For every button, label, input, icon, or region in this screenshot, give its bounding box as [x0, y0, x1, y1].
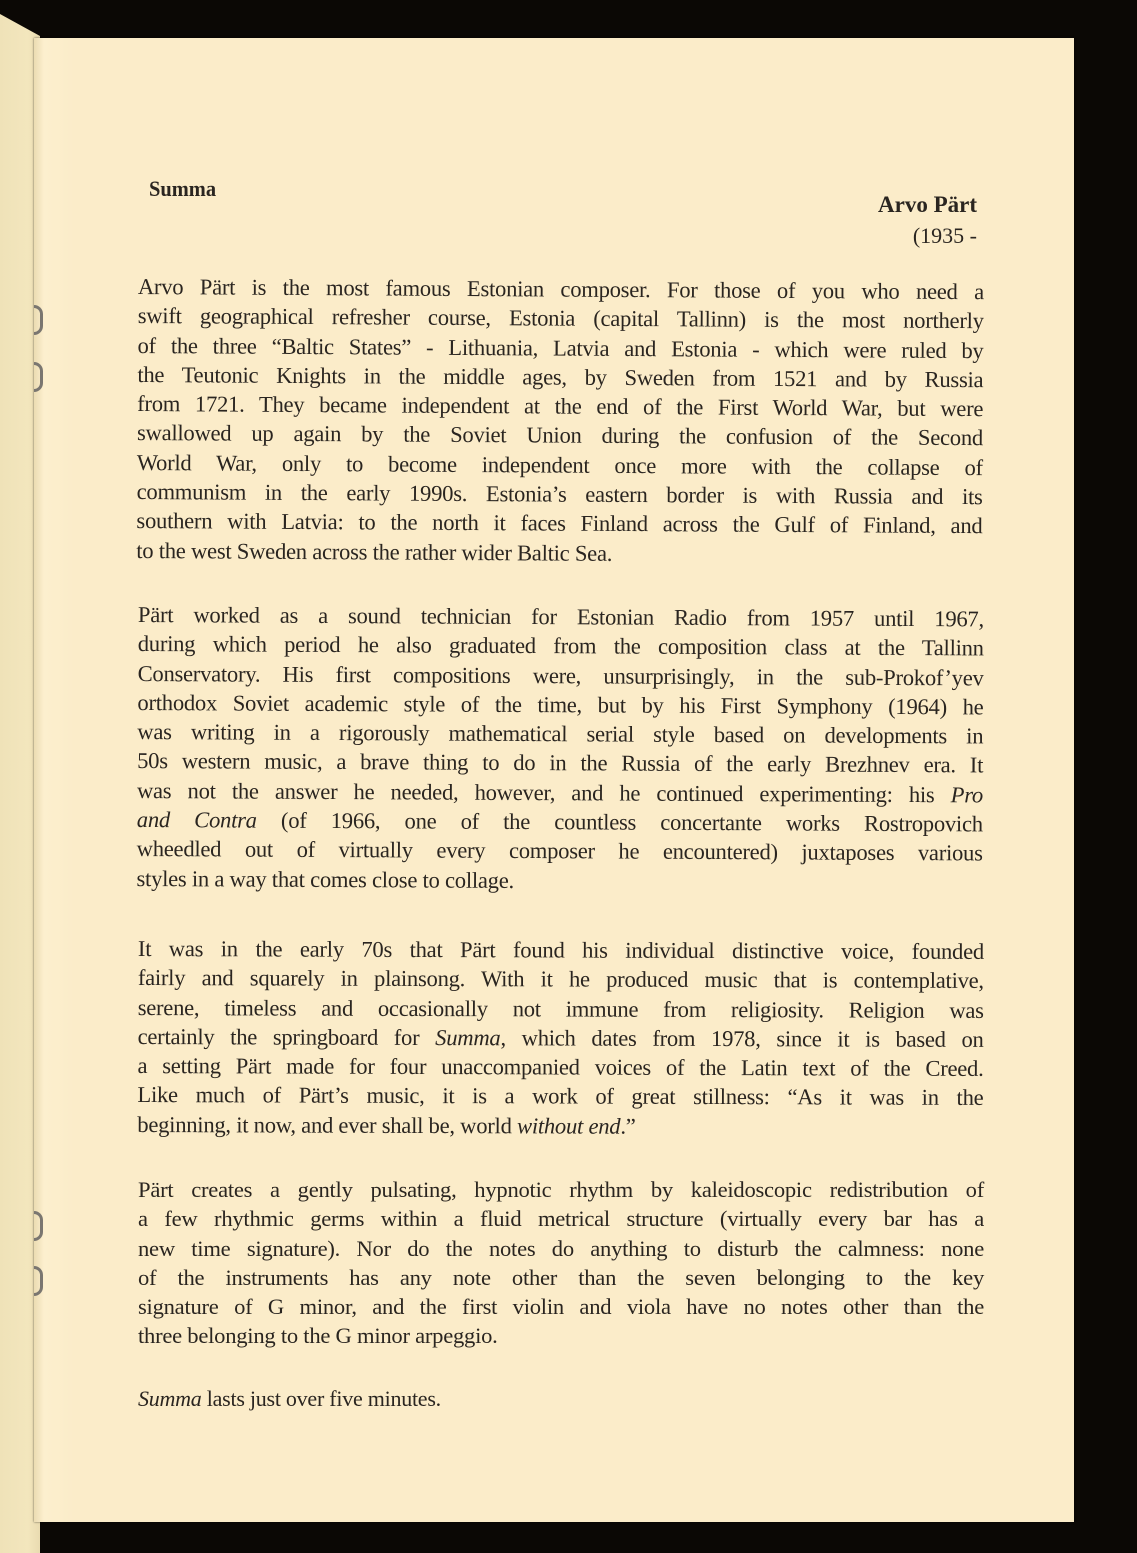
text-line: fairly and squarely in plainsong. With i… — [138, 963, 984, 995]
staple-icon — [34, 1266, 43, 1296]
text-line: three belonging to the G minor arpeggio. — [138, 1321, 984, 1350]
text-line: was writing in a rigorously mathematical… — [137, 717, 983, 751]
paragraph-3: It was in the early 70s that Pärt found … — [137, 934, 984, 1142]
work-title-italic: Pro — [951, 782, 983, 807]
text-line: wheedled out of virtually every composer… — [137, 834, 983, 868]
text-line: and Contra (of 1966, one of the countles… — [137, 805, 983, 839]
text-fragment: lasts just over five minutes. — [202, 1386, 441, 1411]
text-line: during which period he also graduated fr… — [138, 629, 984, 663]
text-line: orthodox Soviet academic style of the ti… — [137, 688, 983, 722]
text-line: serene, timeless and occasionally not im… — [138, 993, 984, 1025]
text-fragment: .” — [620, 1113, 635, 1138]
text-line: certainly the springboard for Summa, whi… — [138, 1022, 984, 1054]
text-line: a setting Pärt made for four unaccompani… — [137, 1051, 983, 1083]
staple-icon — [34, 305, 43, 335]
text-line: signature of G minor, and the first viol… — [138, 1292, 984, 1321]
text-fragment: (of 1966, one of the countless concertan… — [281, 808, 983, 837]
scanned-page: Summa Arvo Pärt (1935 - Arvo Pärt is the… — [0, 0, 1137, 1553]
text-fragment: , which dates from 1978, since it is bas… — [500, 1025, 983, 1052]
work-title-italic: and Contra — [137, 807, 257, 833]
text-line: It was in the early 70s that Pärt found … — [138, 934, 984, 966]
text-fragment: beginning, it now, and ever shall be, wo… — [137, 1112, 517, 1138]
text-line: Summa lasts just over five minutes. — [138, 1384, 984, 1413]
staple-icon — [34, 362, 43, 392]
text-line: a few rhythmic germs within a fluid metr… — [138, 1204, 984, 1233]
composer-name: Arvo Pärt — [878, 190, 977, 220]
text-line: beginning, it now, and ever shall be, wo… — [137, 1110, 983, 1142]
composer-dates: (1935 - — [878, 222, 977, 250]
text-line: was not the answer he needed, however, a… — [137, 776, 983, 810]
text-fragment: certainly the springboard for — [138, 1024, 436, 1050]
text-line: Like much of Pärt’s music, it is a work … — [137, 1080, 983, 1112]
paragraph-4: Pärt creates a gently pulsating, hypnoti… — [138, 1175, 984, 1351]
text-line: Conservatory. His first compositions wer… — [138, 659, 984, 693]
quote-italic: without end — [517, 1113, 620, 1138]
text-line: new time signature). Nor do the notes do… — [138, 1234, 984, 1263]
text-line: 50s western music, a brave thing to do i… — [137, 746, 983, 780]
work-title-italic: Summa — [138, 1386, 202, 1411]
piece-title: Summa — [149, 176, 216, 202]
text-line: styles in a way that comes close to coll… — [136, 864, 982, 898]
text-line: Pärt worked as a sound technician for Es… — [138, 600, 984, 634]
paragraph-2: Pärt worked as a sound technician for Es… — [136, 600, 984, 897]
paragraph-1: Arvo Pärt is the most famous Estonian co… — [136, 272, 984, 570]
work-title-italic: Summa — [435, 1025, 500, 1050]
text-line: to the west Sweden across the rather wid… — [136, 536, 982, 570]
text-line: southern with Latvia: to the north it fa… — [136, 506, 982, 540]
text-fragment: was not the answer he needed, however, a… — [137, 778, 951, 807]
text-line: of the instruments has any note other th… — [138, 1263, 984, 1292]
staple-icon — [34, 1211, 43, 1241]
text-line: swift geographical refresher course, Est… — [138, 301, 984, 335]
paragraph-5: Summa lasts just over five minutes. — [138, 1384, 984, 1413]
composer-heading: Arvo Pärt (1935 - — [878, 190, 977, 250]
document-page: Summa Arvo Pärt (1935 - Arvo Pärt is the… — [34, 38, 1074, 1522]
text-line: Pärt creates a gently pulsating, hypnoti… — [138, 1175, 984, 1204]
